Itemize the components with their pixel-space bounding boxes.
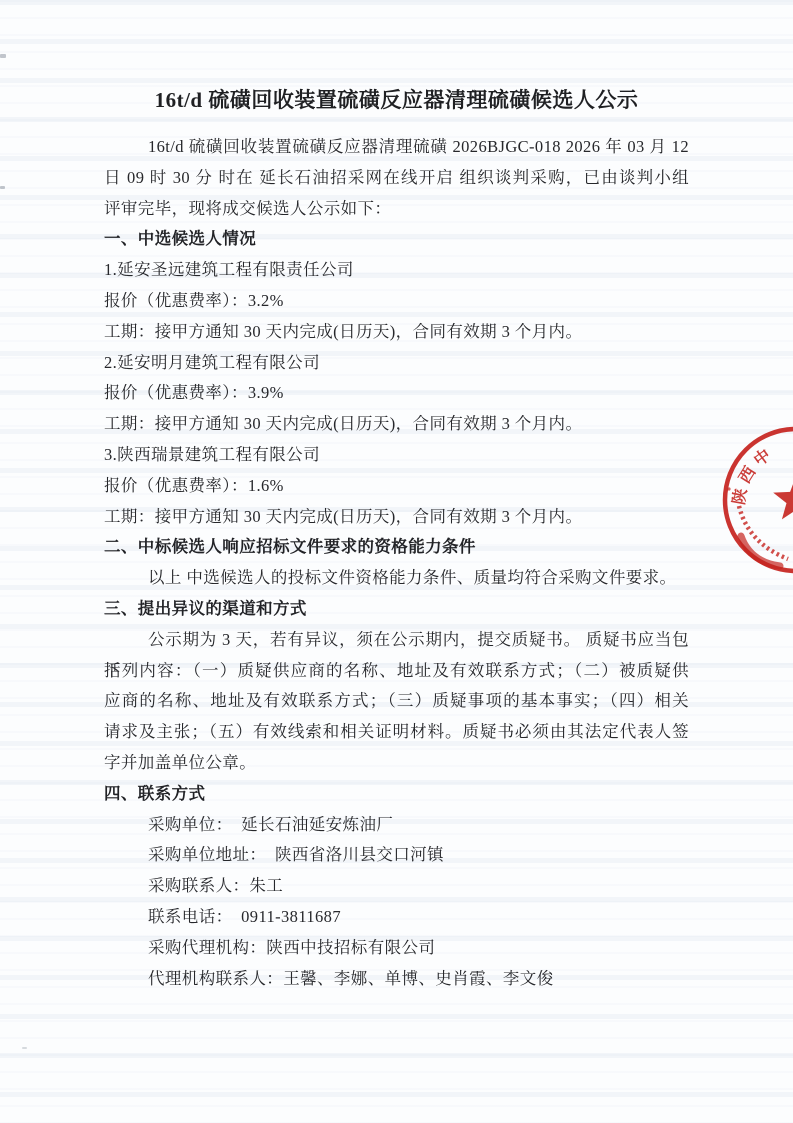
scanned-document-page: 16t/d 硫磺回收装置硫磺反应器清理硫磺候选人公示 16t/d 硫磺回收装置硫… — [0, 0, 793, 1123]
doc-line: 采购单位地址： 陕西省洛川县交口河镇 — [104, 840, 689, 871]
scan-artifact — [0, 186, 5, 189]
doc-line: 2.延安明月建筑工程有限公司 — [104, 348, 689, 379]
document-body: 16t/d 硫磺回收装置硫磺反应器清理硫磺 2026BJGC-018 2026 … — [104, 132, 689, 994]
doc-line: 16t/d 硫磺回收装置硫磺反应器清理硫磺 2026BJGC-018 2026 … — [104, 132, 689, 163]
scan-artifact — [0, 54, 6, 58]
doc-line: 请求及主张；（五）有效线索和相关证明材料。质疑书必须由其法定代表人签 — [104, 717, 689, 748]
doc-line: 三、提出异议的渠道和方式 — [104, 594, 689, 625]
doc-line: 二、中标候选人响应招标文件要求的资格能力条件 — [104, 532, 689, 563]
doc-line: 以上 中选候选人的投标文件资格能力条件、质量均符合采购文件要求。 — [104, 563, 689, 594]
doc-line: 3.陕西瑞景建筑工程有限公司 — [104, 440, 689, 471]
doc-line: 一、中选候选人情况 — [104, 224, 689, 255]
doc-line: 工期：接甲方通知 30 天内完成(日历天)，合同有效期 3 个月内。 — [104, 502, 689, 533]
doc-line: 日 09 时 30 分 时在 延长石油招采网在线开启 组织谈判采购，已由谈判小组 — [104, 163, 689, 194]
doc-line: 应商的名称、地址及有效联系方式；（三）质疑事项的基本事实；（四）相关 — [104, 686, 689, 717]
doc-line: 字并加盖单位公章。 — [104, 748, 689, 779]
official-seal-stamp: 陕西中 — [700, 415, 793, 595]
stamp-arc-text: 陕西中 — [729, 443, 778, 506]
doc-line: 评审完毕，现将成交候选人公示如下： — [104, 194, 689, 225]
doc-line: 报价（优惠费率）：3.2% — [104, 286, 689, 317]
doc-line: 1.延安圣远建筑工程有限责任公司 — [104, 255, 689, 286]
doc-line: 公示期为 3 天，若有异议，须在公示期内，提交质疑书。 质疑书应当包括 — [104, 625, 689, 656]
doc-line: 四、联系方式 — [104, 779, 689, 810]
doc-line: 采购单位： 延长石油延安炼油厂 — [104, 810, 689, 841]
scan-artifact — [22, 1047, 27, 1049]
doc-line: 下列内容：（一）质疑供应商的名称、地址及有效联系方式；（二）被质疑供 — [104, 656, 689, 687]
doc-line: 报价（优惠费率）：3.9% — [104, 378, 689, 409]
doc-line: 工期：接甲方通知 30 天内完成(日历天)，合同有效期 3 个月内。 — [104, 317, 689, 348]
page-title: 16t/d 硫磺回收装置硫磺反应器清理硫磺候选人公示 — [104, 86, 689, 114]
doc-line: 代理机构联系人：王馨、李娜、单博、史肖霞、李文俊 — [104, 964, 689, 995]
doc-line: 工期：接甲方通知 30 天内完成(日历天)，合同有效期 3 个月内。 — [104, 409, 689, 440]
doc-line: 采购代理机构：陕西中技招标有限公司 — [104, 933, 689, 964]
doc-line: 采购联系人：朱工 — [104, 871, 689, 902]
doc-line: 联系电话： 0911-3811687 — [104, 902, 689, 933]
doc-line: 报价（优惠费率）：1.6% — [104, 471, 689, 502]
stamp-ink-dot — [727, 487, 730, 490]
stamp-star — [773, 476, 793, 519]
document-content: 16t/d 硫磺回收装置硫磺反应器清理硫磺候选人公示 16t/d 硫磺回收装置硫… — [104, 86, 689, 994]
